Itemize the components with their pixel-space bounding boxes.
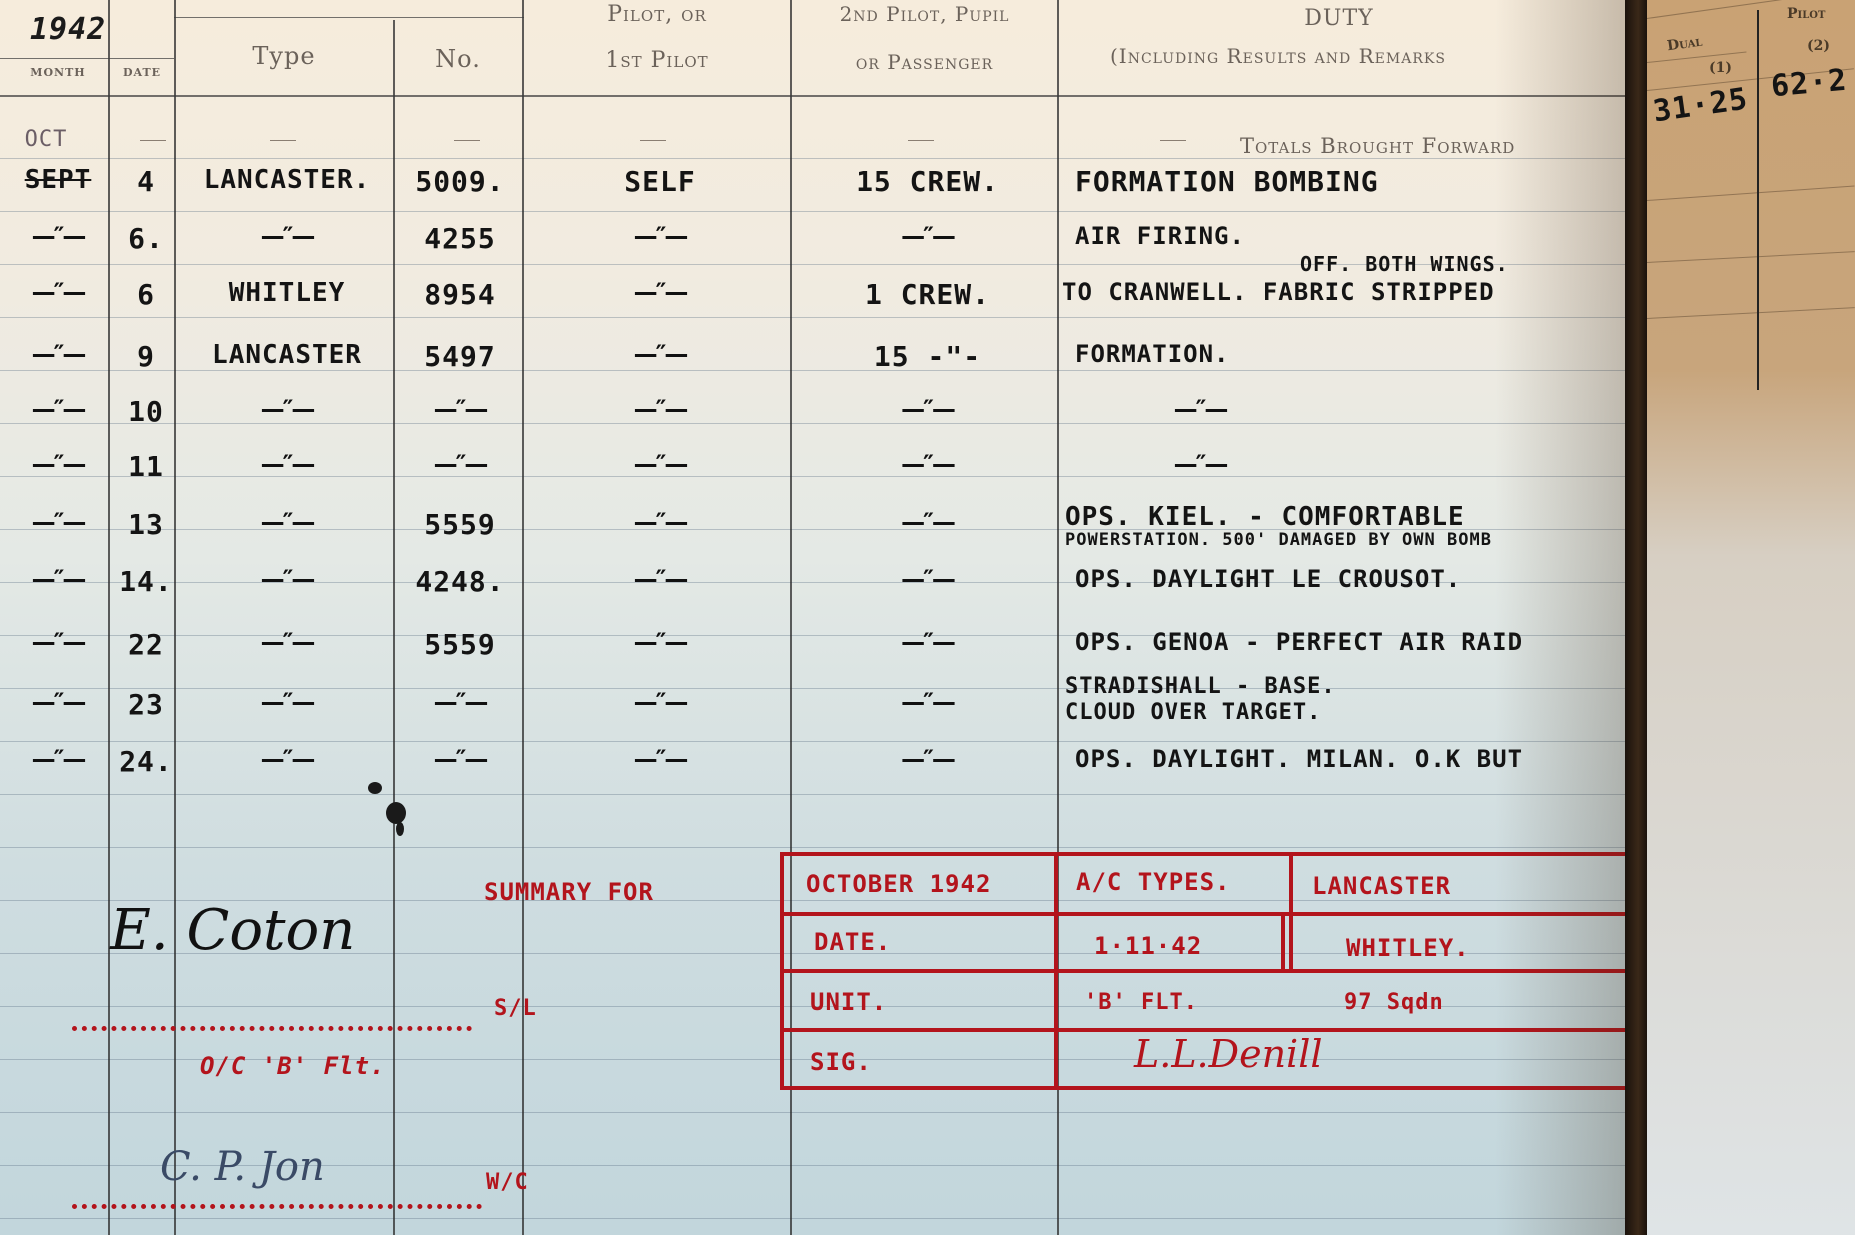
entry-month: —″—	[10, 450, 106, 478]
entry-pilot: —″—	[530, 450, 790, 478]
entry-no: 4255	[400, 222, 520, 255]
entry-date: 9	[118, 340, 174, 373]
placeholder-dash	[140, 140, 166, 141]
aircraft-rule	[174, 17, 524, 18]
entry-month: —″—	[10, 628, 106, 656]
entry-pilot: —″—	[530, 565, 790, 593]
header-duty-2: (Including Results and Remarks	[1110, 44, 1625, 68]
entry-duty: OPS. DAYLIGHT LE CROUSOT.	[1075, 565, 1461, 593]
ink-stain	[386, 802, 406, 824]
entry-second-pilot: 1 CREW.	[800, 278, 1055, 311]
ruled-line	[0, 317, 1625, 318]
entry-duty: TO CRANWELL. FABRIC STRIPPED	[1062, 278, 1495, 306]
entry-month: —″—	[10, 565, 106, 593]
summary-signature: L.L.Denill	[1134, 1032, 1323, 1076]
entry-month: —″—	[10, 395, 106, 423]
entry-second-pilot: —″—	[800, 745, 1055, 773]
header-rule	[0, 95, 1625, 97]
header-second-pilot-2: or Passenger	[792, 50, 1057, 74]
entry-pilot: —″—	[530, 745, 790, 773]
entry-no: 5497	[400, 340, 520, 373]
entry-type: —″—	[184, 395, 390, 423]
entry-type: —″—	[184, 565, 390, 593]
ruled-line	[0, 1218, 1625, 1219]
entry-duty: —″—	[1140, 450, 1260, 478]
entry-date: 13	[118, 508, 174, 541]
pilot-total: 62·2	[1770, 63, 1849, 105]
entry-pilot: —″—	[530, 340, 790, 368]
entry-type: —″—	[184, 508, 390, 536]
summary-ac-type-2: WHITLEY.	[1346, 934, 1470, 962]
entry-type: —″—	[184, 450, 390, 478]
entry-type: —″—	[184, 688, 390, 716]
entry-no: —″—	[400, 745, 520, 773]
entry-no: —″—	[400, 688, 520, 716]
entry-duty: FORMATION BOMBING	[1075, 165, 1379, 198]
entry-second-pilot: —″—	[800, 565, 1055, 593]
entry-duty: POWERSTATION. 500' DAMAGED BY OWN BOMB	[1065, 530, 1492, 550]
entry-second-pilot: —″—	[800, 450, 1055, 478]
wc-rank: W/C	[486, 1170, 529, 1195]
entry-type: LANCASTER	[184, 340, 390, 370]
entry-date: 23	[118, 688, 174, 721]
ruled-line	[0, 794, 1625, 795]
entry-second-pilot: —″—	[800, 688, 1055, 716]
entry-second-pilot: —″—	[800, 395, 1055, 423]
header-type: Type	[176, 42, 392, 70]
entry-second-pilot: 15 -"-	[800, 340, 1055, 373]
summary-heading: SUMMARY FOR	[484, 878, 654, 906]
placeholder-dash	[270, 140, 296, 141]
monthly-summary-box: OCTOBER 1942 A/C TYPES. LANCASTER DATE. …	[780, 852, 1625, 1090]
entry-pilot: —″—	[530, 222, 790, 250]
entry-no: —″—	[400, 450, 520, 478]
ruled-line	[0, 741, 1625, 742]
entry-month: —″—	[10, 688, 106, 716]
oc-role: O/C 'B' Flt.	[200, 1052, 385, 1080]
entry-second-pilot: —″—	[800, 222, 1055, 250]
year: 1942	[30, 12, 106, 47]
logbook-left-page: 1942 MONTH DATE Type No. Pilot, or 1st P…	[0, 0, 1625, 1235]
placeholder-dash	[454, 140, 480, 141]
wc-signature: C. P. Jon	[160, 1144, 325, 1190]
summary-period: OCTOBER 1942	[806, 870, 991, 898]
column-divider	[108, 0, 110, 1235]
entry-date: 6	[118, 278, 174, 311]
totals-brought-forward: Totals Brought Forward	[1240, 134, 1625, 158]
entry-date: 14.	[118, 565, 174, 598]
ruled-line	[0, 423, 1625, 424]
entry-type: —″—	[184, 222, 390, 250]
header-pilot-2: 1st Pilot	[524, 48, 790, 73]
entry-no: 5559	[400, 508, 520, 541]
entry-duty: OPS. DAYLIGHT. MILAN. O.K BUT	[1075, 745, 1523, 773]
entry-second-pilot: —″—	[800, 628, 1055, 656]
header-date: DATE	[112, 66, 172, 79]
oc-rank: S/L	[494, 996, 537, 1021]
entry-month: —″—	[10, 340, 106, 368]
summary-sig-label: SIG.	[810, 1048, 872, 1076]
entry-date: 6.	[118, 222, 174, 255]
summary-ac-type-1: LANCASTER	[1312, 872, 1451, 900]
oc-signature: E. Coton	[110, 898, 355, 963]
book-spine	[1625, 0, 1647, 1235]
column-divider	[393, 20, 395, 1235]
entry-duty: CLOUD OVER TARGET.	[1065, 700, 1321, 725]
entry-duty: —″—	[1140, 395, 1260, 423]
entry-date: 11	[118, 450, 174, 483]
entry-month: —″—	[10, 222, 106, 250]
entry-pilot: —″—	[530, 628, 790, 656]
placeholder-dash	[640, 140, 666, 141]
ruled-line	[0, 1112, 1625, 1113]
logbook-right-page: Dual (1) Pilot (2) 31·25 62·2	[1647, 0, 1855, 1235]
ruled-line	[0, 211, 1625, 212]
signature-line	[72, 1026, 472, 1031]
entry-second-pilot: —″—	[800, 508, 1055, 536]
entry-type: —″—	[184, 745, 390, 773]
ink-stain	[368, 782, 382, 794]
summary-date-label: DATE.	[814, 928, 891, 956]
entry-duty: FORMATION.	[1075, 340, 1230, 368]
ink-stain	[396, 822, 404, 836]
entry-date: 4	[118, 165, 174, 198]
ruled-line	[0, 847, 1625, 848]
entry-second-pilot: 15 CREW.	[800, 165, 1055, 198]
header-dual: Dual	[1666, 34, 1703, 55]
entry-date: 24.	[118, 745, 174, 778]
entry-pilot: —″—	[530, 508, 790, 536]
entry-no: 5559	[400, 628, 520, 661]
entry-no: 8954	[400, 278, 520, 311]
entry-duty: OPS. GENOA - PERFECT AIR RAID	[1075, 628, 1523, 656]
header-no: No.	[394, 45, 522, 73]
entry-pilot: —″—	[530, 688, 790, 716]
summary-unit-flight: 'B' FLT.	[1084, 990, 1198, 1015]
entry-duty: OFF. BOTH WINGS.	[1300, 252, 1509, 276]
entry-month: —″—	[10, 745, 106, 773]
entry-no: 4248.	[400, 565, 520, 598]
entry-pilot: —″—	[530, 395, 790, 423]
entry-type: WHITLEY	[184, 278, 390, 308]
entry-duty: STRADISHALL - BASE.	[1065, 674, 1336, 699]
entry-month-struck: SEPT	[10, 165, 106, 195]
summary-unit-squadron: 97 Sqdn	[1344, 990, 1444, 1015]
entry-no: —″—	[400, 395, 520, 423]
header-pilot-col: (2)	[1807, 38, 1830, 54]
entry-type: —″—	[184, 628, 390, 656]
entry-date: 10	[118, 395, 174, 428]
placeholder-dash	[908, 140, 934, 141]
summary-date-value: 1·11·42	[1094, 932, 1202, 960]
header-duty-1: DUTY	[1059, 6, 1619, 31]
summary-unit-label: UNIT.	[810, 988, 887, 1016]
placeholder-dash	[1160, 140, 1186, 141]
header-pilot: Pilot	[1787, 6, 1825, 22]
column-divider	[174, 0, 176, 1235]
entry-month-correction: OCT	[6, 127, 86, 152]
signature-line	[72, 1204, 482, 1209]
entry-month: —″—	[10, 278, 106, 306]
header-second-pilot-1: 2nd Pilot, Pupil	[792, 2, 1057, 26]
header-month: MONTH	[12, 66, 104, 79]
summary-ac-types-label: A/C TYPES.	[1076, 868, 1231, 896]
entry-duty: OPS. KIEL. - COMFORTABLE	[1065, 502, 1465, 532]
entry-no: 5009.	[400, 165, 520, 198]
entry-pilot: SELF	[530, 165, 790, 198]
entry-duty: AIR FIRING.	[1075, 222, 1245, 250]
entry-date: 22	[118, 628, 174, 661]
entry-pilot: —″—	[530, 278, 790, 306]
entry-month: —″—	[10, 508, 106, 536]
column-divider	[522, 0, 524, 1235]
header-pilot-1: Pilot, or	[524, 2, 790, 27]
ruled-line	[0, 158, 1625, 159]
month-rule	[0, 58, 174, 59]
header-dual-col: (1)	[1709, 60, 1732, 76]
entry-type: LANCASTER.	[184, 165, 390, 195]
